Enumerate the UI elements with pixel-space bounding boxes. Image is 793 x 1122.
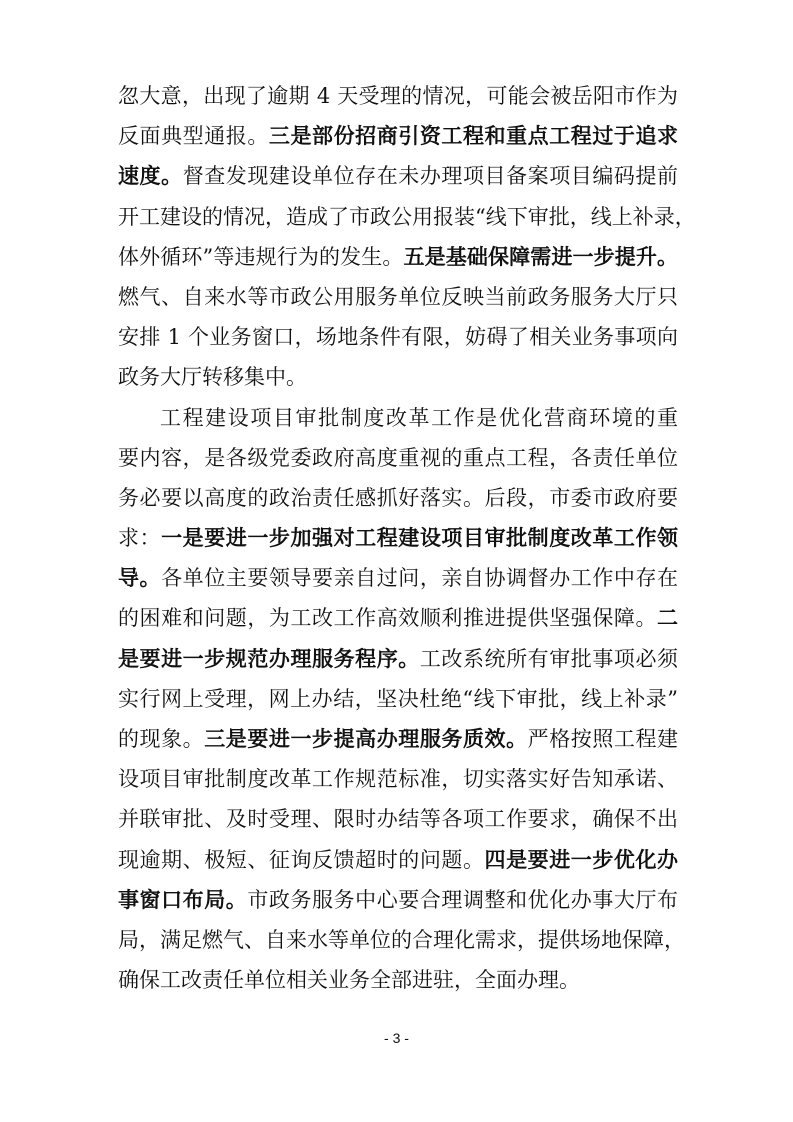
- text-segment: 市政务服务中心要合理调整和优化办事大厅布: [247, 888, 678, 912]
- bold-text-segment: 是要进一步规范办理服务程序。: [118, 647, 420, 671]
- text-segment: 局，满足燃气、自来水等单位的合理化需求，提供场地保障，: [118, 928, 685, 952]
- text-segment: 要内容，是各级党委政府高度重视的重点工程，各责任单位: [118, 446, 678, 470]
- text-line: 实行网上受理，网上办结，坚决杜绝“线下审批，线上补录”: [118, 679, 678, 719]
- text-segment: 的困难和问题，为工改工作高效顺利推进提供坚强保障。: [118, 606, 657, 630]
- text-line: 求：一是要进一步加强对工程建设项目审批制度改革工作领: [118, 518, 678, 558]
- bold-text-segment: 速度。: [118, 164, 183, 188]
- body-text: 忽大意，出现了逾期 4 天受理的情况，可能会被岳阳市作为反面典型通报。三是部份招…: [118, 76, 678, 1000]
- bold-text-segment: 三是部份招商引资工程和重点工程过于追求: [269, 124, 678, 148]
- text-line: 局，满足燃气、自来水等单位的合理化需求，提供场地保障，: [118, 920, 678, 960]
- bold-text-segment: 四是要进一步优化办: [485, 848, 678, 872]
- document-page: 忽大意，出现了逾期 4 天受理的情况，可能会被岳阳市作为反面典型通报。三是部份招…: [0, 0, 793, 1122]
- text-line: 并联审批、及时受理、限时办结等各项工作要求，确保不出: [118, 799, 678, 839]
- text-segment: 工程建设项目审批制度改革工作是优化营商环境的重: [160, 406, 678, 430]
- text-line: 反面典型通报。三是部份招商引资工程和重点工程过于追求: [118, 116, 678, 156]
- text-line: 要内容，是各级党委政府高度重视的重点工程，各责任单位: [118, 438, 678, 478]
- text-segment: 体外循环”等违规行为的发生。: [118, 245, 404, 269]
- text-line: 事窗口布局。市政务服务中心要合理调整和优化办事大厅布: [118, 880, 678, 920]
- text-segment: 燃气、自来水等市政公用服务单位反映当前政务服务大厅只: [118, 285, 678, 309]
- text-segment: 忽大意，出现了逾期 4 天受理的情况，可能会被岳阳市作为: [118, 84, 678, 108]
- text-segment: 工改系统所有审批事项必须: [420, 647, 678, 671]
- bold-text-segment: 导。: [118, 566, 161, 590]
- text-segment: 严格按照工程建: [528, 727, 678, 751]
- text-line: 的现象。三是要进一步提高办理服务质效。严格按照工程建: [118, 719, 678, 759]
- text-segment: 求：: [118, 526, 161, 550]
- text-segment: 反面典型通报。: [118, 124, 269, 148]
- text-line: 安排 1 个业务窗口，场地条件有限，妨碍了相关业务事项向: [118, 317, 678, 357]
- text-segment: 督查发现建设单位存在未办理项目备案项目编码提前: [183, 164, 678, 188]
- text-line: 确保工改责任单位相关业务全部进驻，全面办理。: [118, 960, 678, 1000]
- text-segment: 设项目审批制度改革工作规范标准，切实落实好告知承诺、: [118, 767, 678, 791]
- text-line: 政务大厅转移集中。: [118, 357, 678, 397]
- text-line: 开工建设的情况，造成了市政公用报装“线下审批，线上补录，: [118, 197, 678, 237]
- text-line: 导。各单位主要领导要亲自过问，亲自协调督办工作中存在: [118, 558, 678, 598]
- text-segment: 并联审批、及时受理、限时办结等各项工作要求，确保不出: [118, 807, 678, 831]
- text-line: 的困难和问题，为工改工作高效顺利推进提供坚强保障。二: [118, 598, 678, 638]
- text-line: 速度。督查发现建设单位存在未办理项目备案项目编码提前: [118, 156, 678, 196]
- text-line: 务必要以高度的政治责任感抓好落实。后段，市委市政府要: [118, 478, 678, 518]
- text-segment: 安排 1 个业务窗口，场地条件有限，妨碍了相关业务事项向: [118, 325, 678, 349]
- text-segment: 确保工改责任单位相关业务全部进驻，全面办理。: [118, 968, 580, 992]
- text-line: 忽大意，出现了逾期 4 天受理的情况，可能会被岳阳市作为: [118, 76, 678, 116]
- text-line: 现逾期、极短、征询反馈超时的问题。四是要进一步优化办: [118, 840, 678, 880]
- bold-text-segment: 事窗口布局。: [118, 888, 247, 912]
- bold-text-segment: 五是基础保障需进一步提升。: [404, 245, 679, 269]
- text-segment: 政务大厅转移集中。: [118, 365, 307, 389]
- bold-text-segment: 二: [657, 606, 678, 630]
- text-segment: 的现象。: [118, 727, 204, 751]
- text-segment: 开工建设的情况，造成了市政公用报装“线下审批，线上补录，: [118, 205, 696, 229]
- text-segment: 各单位主要领导要亲自过问，亲自协调督办工作中存在: [161, 566, 678, 590]
- text-line: 燃气、自来水等市政公用服务单位反映当前政务服务大厅只: [118, 277, 678, 317]
- bold-text-segment: 一是要进一步加强对工程建设项目审批制度改革工作领: [161, 526, 678, 550]
- bold-text-segment: 三是要进一步提高办理服务质效。: [204, 727, 527, 751]
- page-number: - 3 -: [0, 1030, 793, 1046]
- text-line: 工程建设项目审批制度改革工作是优化营商环境的重: [118, 398, 678, 438]
- text-segment: 务必要以高度的政治责任感抓好落实。后段，市委市政府要: [118, 486, 678, 510]
- text-line: 设项目审批制度改革工作规范标准，切实落实好告知承诺、: [118, 759, 678, 799]
- text-segment: 实行网上受理，网上办结，坚决杜绝“线下审批，线上补录”: [118, 687, 678, 711]
- text-segment: 现逾期、极短、征询反馈超时的问题。: [118, 848, 485, 872]
- text-line: 体外循环”等违规行为的发生。五是基础保障需进一步提升。: [118, 237, 678, 277]
- text-line: 是要进一步规范办理服务程序。工改系统所有审批事项必须: [118, 639, 678, 679]
